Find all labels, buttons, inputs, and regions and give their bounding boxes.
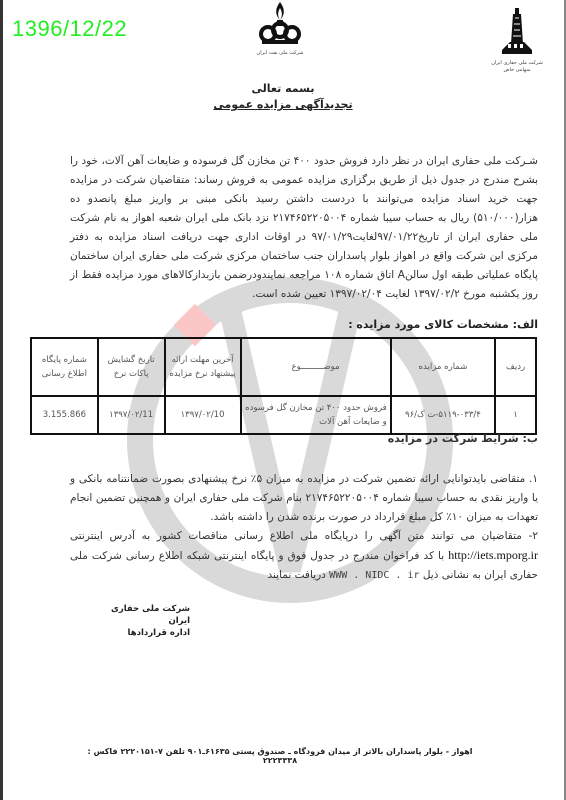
section-a-title: الف: مشخصات کالای مورد مزایده : — [348, 318, 538, 331]
nioc-caption: شرکت ملی نفت ایران — [240, 50, 320, 57]
signature-company: شرکت ملی حفاری ایران — [90, 603, 190, 627]
condition-item-2: ۲- متقاضیان می توانند متن آگهی را درپایگ… — [70, 527, 538, 585]
cell-opening-date: ۱۳۹۷/۰۲/11 — [98, 396, 165, 434]
auction-table: ردیف شماره مزایده موضـــــــــوع آخرین م… — [30, 337, 537, 435]
nidc-caption-1: شرکت ملی حفاری ایران — [486, 60, 548, 67]
flame-logo-icon — [256, 0, 304, 46]
signature-department: اداره قراردادها — [90, 627, 190, 639]
table-header-row: ردیف شماره مزایده موضـــــــــوع آخرین م… — [31, 338, 536, 396]
condition-2-suffix: دریافت نمایند — [267, 569, 325, 581]
header-auction-no: شماره مزایده — [391, 338, 495, 396]
header-opening-date: تاریخ گشایش پاکات نرخ — [98, 338, 165, 396]
condition-item-1: ۱. متقاضی بایدتوانایی ارائه تضمین شرکت د… — [70, 470, 538, 527]
header-deadline: آخرین مهلت ارائه پیشنهاد نرخ مزایده — [165, 338, 241, 396]
section-b-title: ب: شرایط شرکت در مزایده — [388, 432, 538, 445]
header-subject: موضـــــــــوع — [241, 338, 391, 396]
header-portal-no: شماره پایگاه اطلاع رسانی — [31, 338, 98, 396]
cell-portal-no: 3.155.866 — [31, 396, 98, 434]
cell-subject: فروش حدود ۴۰۰ تن مخازن گل فرسوده و ضایعا… — [241, 396, 391, 434]
drilling-rig-icon — [500, 6, 534, 56]
table-row: ۱ ۵۱۱۹-۰۳۳/۴-ت ک/۹۶ فروش حدود ۴۰۰ تن مخا… — [31, 396, 536, 434]
page-border-left — [0, 0, 3, 800]
intro-paragraph: شـرکت ملی حفاری ایران در نظر دارد فروش ح… — [70, 152, 538, 304]
nidc-website-link[interactable]: WWW . NIDC . ir — [329, 570, 419, 581]
cell-auction-no: ۵۱۱۹-۰۳۳/۴-ت ک/۹۶ — [391, 396, 495, 434]
condition-2-prefix: ۲- متقاضیان می توانند متن آگهی را درپایگ… — [70, 530, 538, 542]
cell-deadline: ۱۳۹۷/۰۲/10 — [165, 396, 241, 434]
nioc-logo: شرکت ملی نفت ایران — [240, 0, 320, 62]
nidc-caption-2: سهامی خاص — [486, 67, 548, 74]
header-row-no: ردیف — [495, 338, 536, 396]
iets-link[interactable]: http://iets.mporg.ir — [448, 548, 538, 562]
footer-address: اهواز - بلوار پاسداران بالاتر از میدان ف… — [80, 747, 480, 765]
nidc-logo: شرکت ملی حفاری ایران سهامی خاص — [486, 6, 548, 78]
cell-row-no: ۱ — [495, 396, 536, 434]
conditions-list: ۱. متقاضی بایدتوانایی ارائه تضمین شرکت د… — [70, 470, 538, 585]
invocation: بسمه تعالی — [0, 82, 566, 95]
intro-text: شـرکت ملی حفاری ایران در نظر دارد فروش ح… — [70, 152, 538, 304]
signature-block: شرکت ملی حفاری ایران اداره قراردادها — [90, 603, 190, 639]
date-stamp: 1396/12/22 — [12, 16, 127, 42]
page-title: تجدیدآگهی مزایده عمومی — [0, 98, 566, 111]
